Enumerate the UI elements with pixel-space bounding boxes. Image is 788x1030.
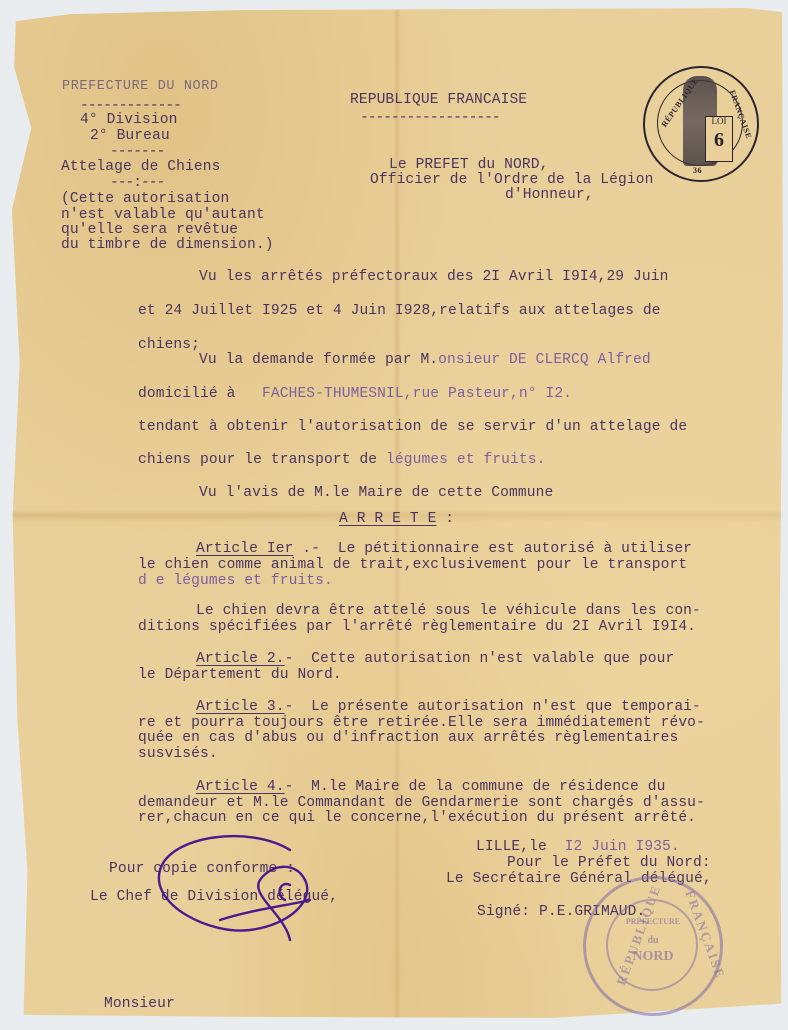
article-separator: - [285, 779, 294, 795]
handwritten-signature-icon [140, 830, 320, 960]
prefet-title: Le PREFET du NORD, [389, 158, 548, 173]
divider: ------- [110, 145, 164, 160]
bureau-label: 2° Bureau [90, 129, 170, 144]
article-4-line: Article 4.- M.le Maire de la commune de … [196, 780, 665, 795]
article-2-line: Article 2.- Cette autorisation n'est val… [196, 652, 674, 667]
vu-paragraph-line: Vu les arrêtés préfectoraux des 2I Avril… [199, 270, 668, 285]
prefet-honour-line: d'Honneur, [505, 188, 594, 203]
divider: ---:--- [110, 176, 164, 191]
article-separator: .- [293, 541, 320, 557]
article-1-line: le chien comme animal de trait,exclusive… [138, 558, 687, 573]
transported-goods: légumes et fruits. [386, 452, 545, 468]
article-1-label: Article Ier [196, 541, 293, 557]
prefecture-seal: RÉPUBLIQUE FRANÇAISE PRÉFECTURE du NORD [583, 876, 723, 1016]
article-1-extra-line: Le chien devra être attelé sous le véhic… [196, 604, 701, 619]
arrete-heading: A R R E T E : [339, 512, 454, 527]
article-2-line: le Département du Nord. [138, 668, 342, 683]
article-3-text: Le présente autorisation n'est que tempo… [311, 699, 701, 715]
subject-label: Attelage de Chiens [61, 160, 220, 175]
article-1-line: d e légumes et fruits. [138, 574, 333, 589]
article-4-line: demandeur et M.le Commandant de Gendarme… [138, 796, 705, 811]
seal-center-bottom: NORD [586, 949, 720, 965]
article-1-extra-line: ditions spécifiées par l'arrêté règlemen… [138, 620, 696, 635]
republic-heading: REPUBLIQUE FRANCAISE [350, 93, 527, 108]
seal-center-mid: du [586, 935, 720, 946]
domicile-prefix: domicilié à [138, 386, 235, 402]
for-prefet-line: Pour le Préfet du Nord: [507, 856, 711, 871]
transport-prefix: chiens pour le transport de [138, 452, 377, 468]
article-4-label: Article 4. [196, 779, 285, 795]
article-4-text: M.le Maire de la commune de résidence du [311, 779, 665, 795]
article-separator: - [285, 651, 294, 667]
vu-paragraph-line: chiens; [138, 338, 200, 353]
article-3-label: Article 3. [196, 699, 285, 715]
stamp-bottom-text: 36 [693, 166, 702, 175]
article-1-text: Le pétitionnaire est autorisé à utiliser [338, 541, 692, 557]
article-2-text: Cette autorisation n'est valable que pou… [311, 651, 674, 667]
article-1-line: Article Ier .- Le pétitionnaire est auto… [196, 542, 692, 557]
seal-center-top: PRÉFECTURE [586, 917, 720, 926]
request-purpose-line: tendant à obtenir l'autorisation de se s… [138, 420, 687, 435]
prefet-honour-line: Officier de l'Ordre de la Légion [370, 173, 653, 188]
validity-note-line: n'est valable qu'autant [61, 208, 265, 223]
domicile-line: domicilié à FACHES-THUMESNIL,rue Pasteur… [138, 387, 572, 402]
applicant-address: FACHES-THUMESNIL,rue Pasteur,n° I2. [262, 386, 572, 402]
arrete-word: A R R E T E [339, 511, 436, 527]
place-date-line: LILLE,le I2 Juin I935. [476, 840, 680, 855]
article-3-line: Article 3.- Le présente autorisation n'e… [196, 700, 701, 715]
validity-note-line: qu'elle sera revêtue [61, 223, 238, 238]
stamp-tablet-text: LOI [712, 116, 727, 126]
division-label: 4° Division [80, 113, 177, 128]
validity-note-line: (Cette autorisation [61, 192, 229, 207]
vu-paragraph-line: et 24 Juillet I925 et 4 Juin I928,relati… [138, 304, 661, 319]
addressee-label: Monsieur [104, 997, 175, 1012]
article-3-line: quée en cas d'abus ou d'infraction aux a… [138, 731, 678, 746]
stamp-value: 6 [706, 129, 732, 151]
fiscal-stamp: RÉPUBLIQUE FRANÇAISE LOI 6 36 [643, 66, 759, 182]
article-2-label: Article 2. [196, 651, 285, 667]
divider: ------------------ [360, 111, 500, 126]
prefecture-heading: PREFECTURE DU NORD [62, 80, 219, 94]
request-prefix: Vu la demande formée par M. [199, 352, 438, 368]
mayor-opinion-line: Vu l'avis de M.le Maire de cette Commune [199, 486, 553, 501]
article-separator: - [285, 699, 294, 715]
place-label: LILLE,le [476, 839, 547, 855]
stamp-tablet: LOI 6 [705, 116, 733, 162]
arrete-colon: : [445, 511, 454, 527]
issue-date: I2 Juin I935. [565, 839, 680, 855]
request-line: Vu la demande formée par M.onsieur DE CL… [199, 353, 651, 368]
article-3-line: re et pourra toujours être retirée.Elle … [138, 716, 705, 731]
applicant-name: onsieur DE CLERCQ Alfred [438, 352, 651, 368]
article-4-line: rer,chacun en ce qui le concerne,l'exécu… [138, 811, 696, 826]
article-3-line: susvisés. [138, 747, 218, 762]
validity-note-line: du timbre de dimension.) [61, 238, 274, 253]
transport-line: chiens pour le transport de légumes et f… [138, 453, 545, 468]
